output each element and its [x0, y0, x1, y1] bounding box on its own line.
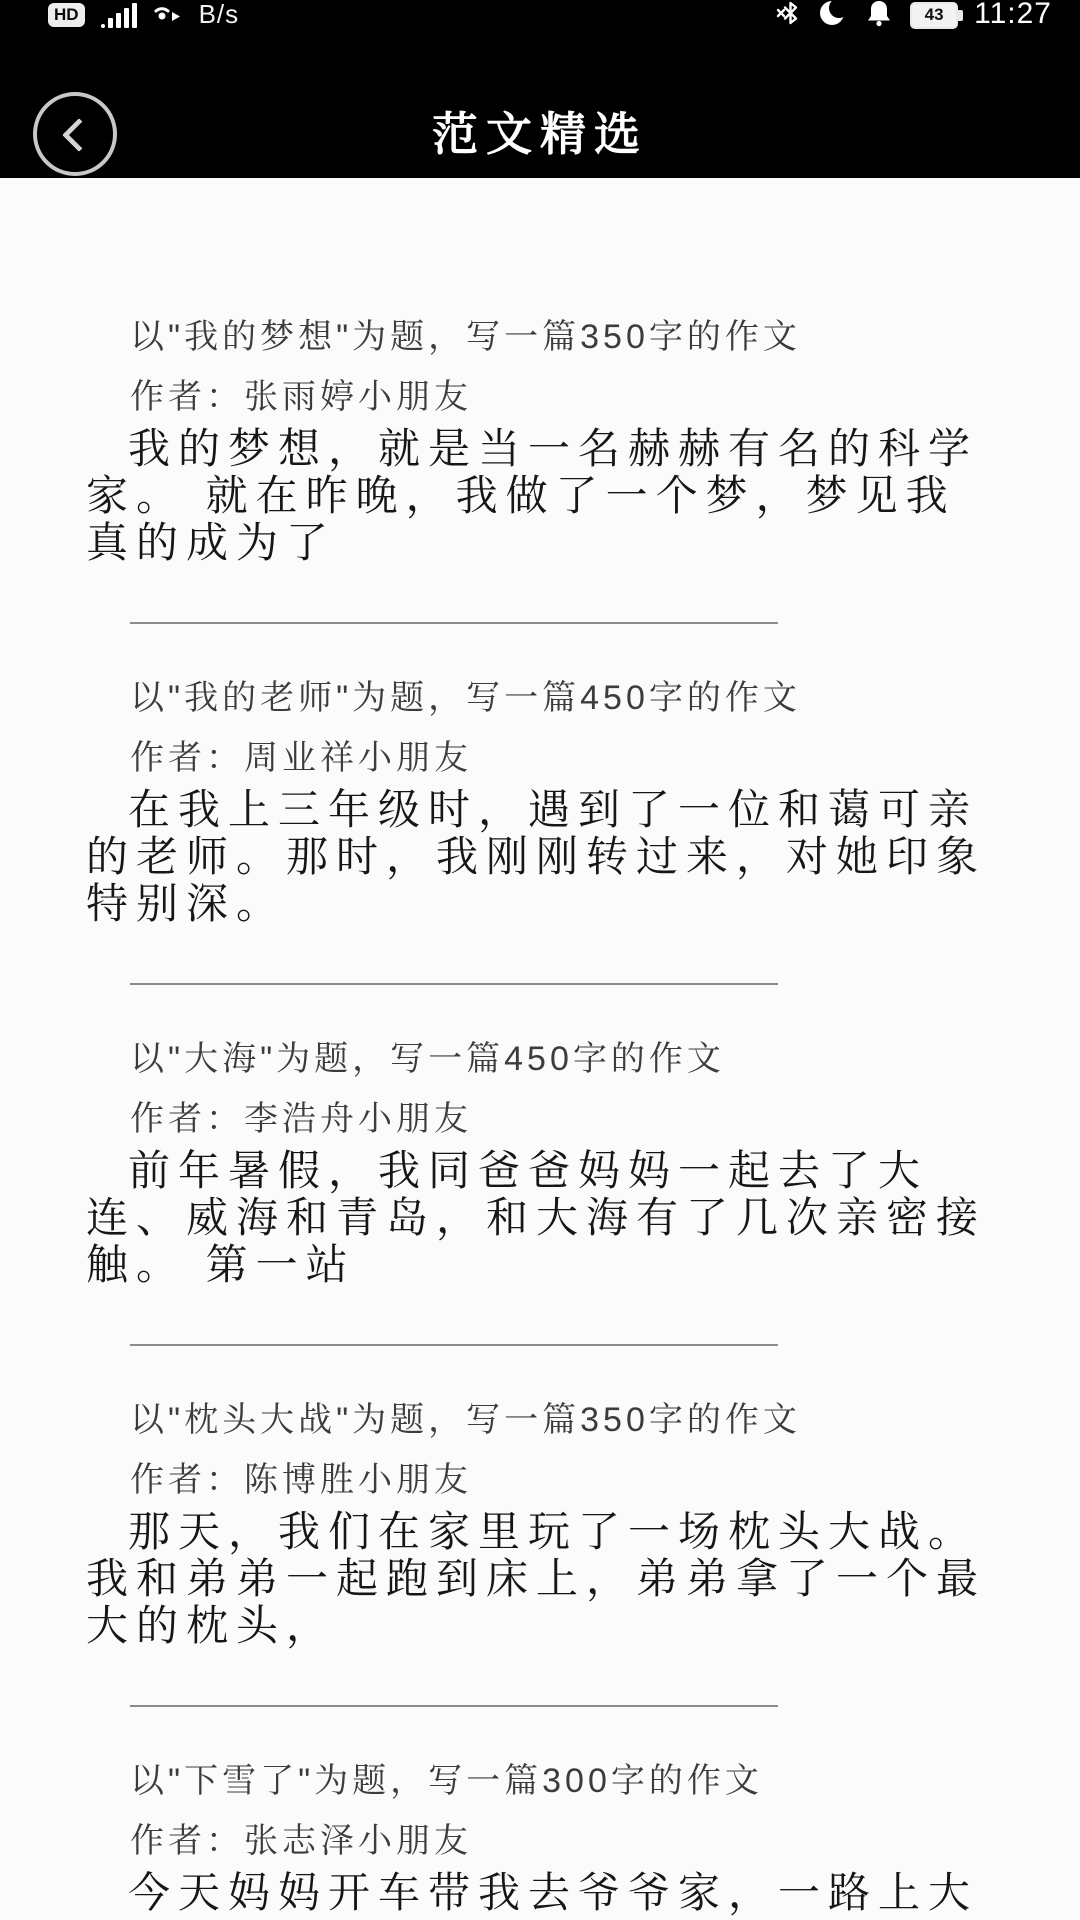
data-transfer-icon — [153, 0, 183, 31]
hd-volte-icon: HD — [48, 3, 85, 27]
network-speed-label: B/s — [199, 0, 240, 30]
essay-title: 以"枕头大战"为题，写一篇350字的作文 — [130, 1398, 990, 1442]
battery-level-label: 43 — [925, 5, 944, 25]
page-title: 范文精选 — [0, 104, 1080, 164]
essay-card[interactable]: 以"下雪了"为题，写一篇300字的作文 作者：张志泽小朋友 今天妈妈开车带我去爷… — [86, 1759, 990, 1916]
nav-bar: 范文精选 — [0, 36, 1080, 178]
battery-icon: 43 — [910, 2, 958, 29]
list-divider — [130, 622, 778, 624]
notification-bell-icon — [864, 2, 894, 33]
essay-excerpt: 我的梦想，就是当一名赫赫有名的科学家。 就在昨晚，我做了一个梦，梦见我真的成为了 — [86, 425, 990, 566]
essay-card[interactable]: 以"我的老师"为题，写一篇450字的作文 作者：周业祥小朋友 在我上三年级时，遇… — [86, 676, 990, 927]
bluetooth-off-icon — [776, 3, 802, 32]
essay-author: 作者：李浩舟小朋友 — [130, 1097, 990, 1141]
list-divider — [130, 1344, 778, 1346]
essay-card[interactable]: 以"我的梦想"为题，写一篇350字的作文 作者：张雨婷小朋友 我的梦想，就是当一… — [86, 315, 990, 566]
app-header: HD B/s — [0, 0, 1080, 178]
essay-list: 以"我的梦想"为题，写一篇350字的作文 作者：张雨婷小朋友 我的梦想，就是当一… — [0, 315, 1080, 1916]
essay-card[interactable]: 以"枕头大战"为题，写一篇350字的作文 作者：陈博胜小朋友 那天，我们在家里玩… — [86, 1398, 990, 1649]
essay-author: 作者：张雨婷小朋友 — [130, 375, 990, 419]
list-divider — [130, 983, 778, 985]
essay-title: 以"下雪了"为题，写一篇300字的作文 — [130, 1759, 990, 1803]
do-not-disturb-moon-icon — [818, 2, 848, 33]
essay-author: 作者：周业祥小朋友 — [130, 736, 990, 780]
essay-title: 以"我的老师"为题，写一篇450字的作文 — [130, 676, 990, 720]
app-screen: HD B/s — [0, 0, 1080, 1920]
essay-excerpt: 在我上三年级时，遇到了一位和蔼可亲的老师。那时，我刚刚转过来，对她印象特别深。 — [86, 786, 990, 927]
status-bar-right: 43 11:27 — [776, 0, 1052, 34]
essay-card[interactable]: 以"大海"为题，写一篇450字的作文 作者：李浩舟小朋友 前年暑假，我同爸爸妈妈… — [86, 1037, 990, 1288]
clock-label: 11:27 — [974, 0, 1052, 31]
essay-author: 作者：张志泽小朋友 — [130, 1819, 990, 1863]
essay-excerpt: 今天妈妈开车带我去爷爷家，一路上大 — [86, 1869, 990, 1916]
list-divider — [130, 1705, 778, 1707]
essay-author: 作者：陈博胜小朋友 — [130, 1458, 990, 1502]
status-bar-left: HD B/s — [48, 0, 239, 34]
status-bar: HD B/s — [0, 0, 1080, 36]
essay-title: 以"大海"为题，写一篇450字的作文 — [130, 1037, 990, 1081]
signal-strength-icon — [101, 2, 137, 28]
essay-excerpt: 那天，我们在家里玩了一场枕头大战。我和弟弟一起跑到床上，弟弟拿了一个最大的枕头， — [86, 1508, 990, 1649]
essay-title: 以"我的梦想"为题，写一篇350字的作文 — [130, 315, 990, 359]
essay-excerpt: 前年暑假，我同爸爸妈妈一起去了大连、威海和青岛，和大海有了几次亲密接触。 第一站 — [86, 1147, 990, 1288]
